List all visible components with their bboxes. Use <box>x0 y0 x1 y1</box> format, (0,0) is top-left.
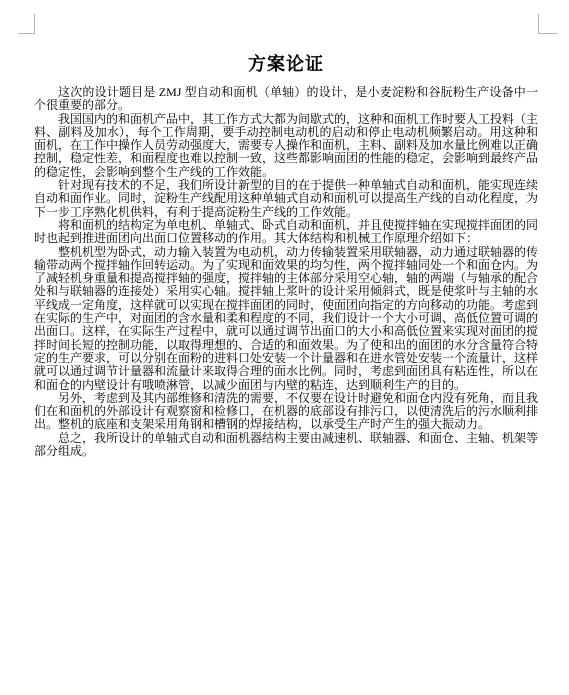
paragraph-summary: 总之，我所设计的单轴式自动和面机器结构主要由减速机、联轴器、和面仓、主轴、机架等… <box>34 432 538 459</box>
margin-crop-mark-top-right <box>538 14 557 34</box>
document-page: 方案论证 这次的设计题目是 ZMJ 型自动和面机（单轴）的设计，是小麦淀粉和谷朊… <box>0 0 569 695</box>
paragraph-domestic-machines: 我国国内的和面机产品中，其工作方式大都为间歇式的，这种和面机工作时要人工投料（主… <box>34 113 538 179</box>
paragraph-design-purpose: 针对现有技术的不足，我们所设计新型的目的在于提供一种单轴式自动和面机，能实现连续… <box>34 179 538 219</box>
text-area: 方案论证 这次的设计题目是 ZMJ 型自动和面机（单轴）的设计，是小麦淀粉和谷朊… <box>34 51 538 458</box>
paragraph-design-topic: 这次的设计题目是 ZMJ 型自动和面机（单轴）的设计，是小麦淀粉和谷朊粉生产设备… <box>34 86 538 113</box>
document-body: 这次的设计题目是 ZMJ 型自动和面机（单轴）的设计，是小麦淀粉和谷朊粉生产设备… <box>34 86 538 458</box>
paragraph-structure-intro: 将和面机的结构定为单电机、单轴式、卧式自动和面机，并且使搅拌轴在实现搅拌面团的同… <box>34 219 538 246</box>
margin-crop-mark-top-left <box>18 14 35 34</box>
paragraph-maintenance: 另外，考虑到及其内部维修和清洗的需要，不仅要在设计时避免和面仓内没有死角，而且我… <box>34 392 538 432</box>
document-title: 方案论证 <box>34 51 538 77</box>
paragraph-working-principle: 整机机型为卧式，动力输入装置为电动机，动力传输装置采用联轴器，动力通过联轴器的传… <box>34 246 538 392</box>
